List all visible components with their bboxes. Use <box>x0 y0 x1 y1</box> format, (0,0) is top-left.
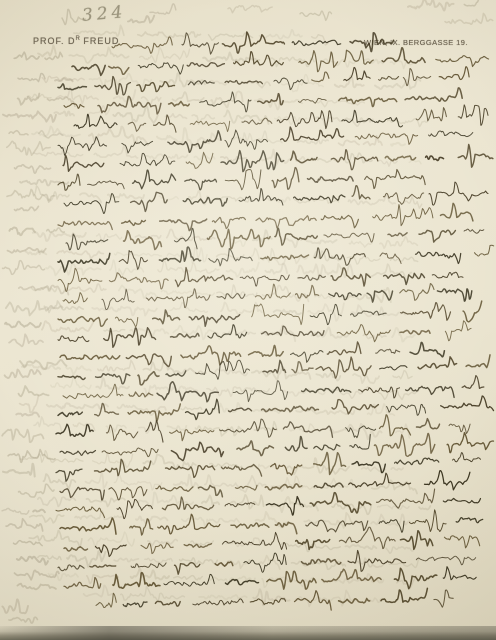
handwriting-canvas <box>0 0 496 640</box>
ink-bleedthrough-layer <box>2 0 493 623</box>
letter-scan-page: 324 PROF. DR FREUD WIEN, IX. BERGGASSE 1… <box>0 0 496 640</box>
